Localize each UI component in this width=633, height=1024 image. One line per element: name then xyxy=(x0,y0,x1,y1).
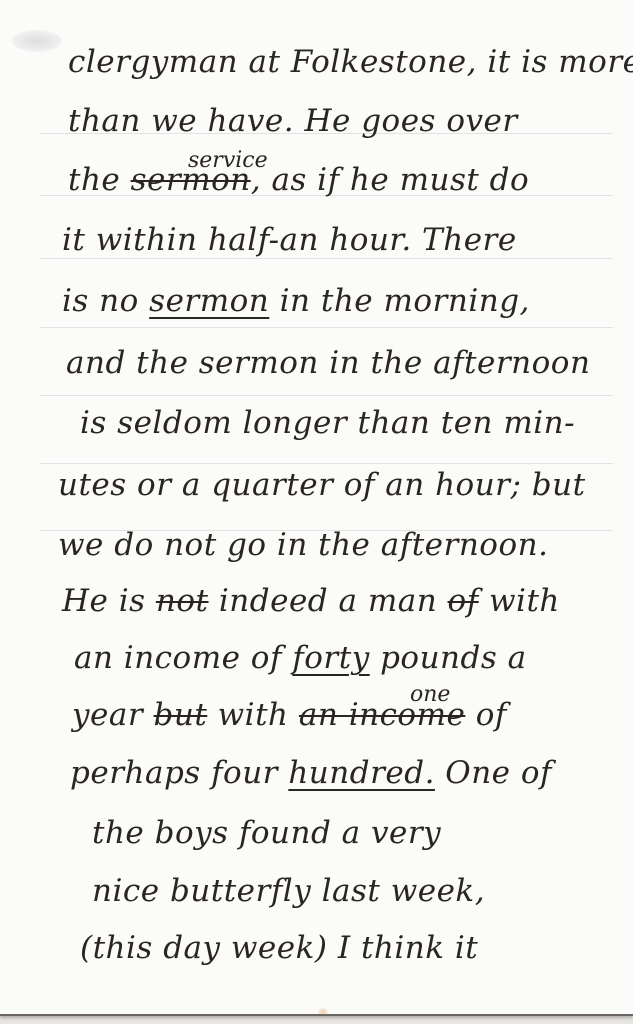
handwritten-line-12: year but with an income of xyxy=(72,697,507,733)
line-text: pounds a xyxy=(370,640,527,676)
handwritten-line-2: than we have. He goes over xyxy=(68,103,518,139)
line-text: with xyxy=(207,697,299,733)
struck-word: sermon xyxy=(131,162,251,198)
handwritten-line-3: the sermon, as if he must do xyxy=(68,162,529,198)
line-text: year xyxy=(72,697,154,733)
handwritten-line-9: we do not go in the afternoon. xyxy=(58,527,548,563)
handwritten-line-4: it within half-an hour. There xyxy=(62,222,517,258)
letter-page: clergyman at Folkestone, it is more than… xyxy=(0,0,633,1014)
struck-word: not xyxy=(156,583,209,619)
line-text: an income of xyxy=(74,640,292,676)
handwritten-line-1: clergyman at Folkestone, it is more xyxy=(68,44,633,80)
handwritten-line-5: is no sermon in the morning, xyxy=(62,283,530,319)
paper-stain xyxy=(318,1008,328,1014)
line-text: of xyxy=(465,697,507,733)
handwritten-line-6: and the sermon in the afternoon xyxy=(66,345,590,381)
handwritten-line-15: nice butterfly last week, xyxy=(92,873,485,909)
line-text: He is xyxy=(62,583,156,619)
handwritten-line-8: utes or a quarter of an hour; but xyxy=(58,467,586,503)
line-text: is no xyxy=(62,283,149,319)
handwritten-line-11: an income of forty pounds a xyxy=(74,640,527,676)
line-text: in the morning, xyxy=(269,283,530,319)
ruling-line xyxy=(40,327,613,328)
ruling-line xyxy=(40,463,613,464)
line-text: perhaps four xyxy=(70,755,288,791)
struck-word: an income xyxy=(299,697,465,733)
handwritten-line-10: He is not indeed a man of with xyxy=(62,583,560,619)
struck-word: of xyxy=(448,583,479,619)
line-text: the xyxy=(68,162,131,198)
ruling-line xyxy=(40,258,613,259)
line-text: One of xyxy=(435,755,552,791)
line-text: , as if he must do xyxy=(251,162,529,198)
underlined-word: forty xyxy=(292,640,369,676)
ruling-line xyxy=(40,395,613,396)
line-text: indeed a man xyxy=(209,583,448,619)
underlined-word: hundred. xyxy=(288,755,435,791)
handwritten-line-13: perhaps four hundred. One of xyxy=(70,755,552,791)
underlined-word: sermon xyxy=(149,283,269,319)
line-text: with xyxy=(479,583,560,619)
handwritten-line-14: the boys found a very xyxy=(92,815,441,851)
handwritten-line-16: (this day week) I think it xyxy=(80,930,478,966)
struck-word: but xyxy=(154,697,208,733)
paper-smudge xyxy=(12,30,62,52)
handwritten-line-7: is seldom longer than ten min- xyxy=(80,405,575,441)
